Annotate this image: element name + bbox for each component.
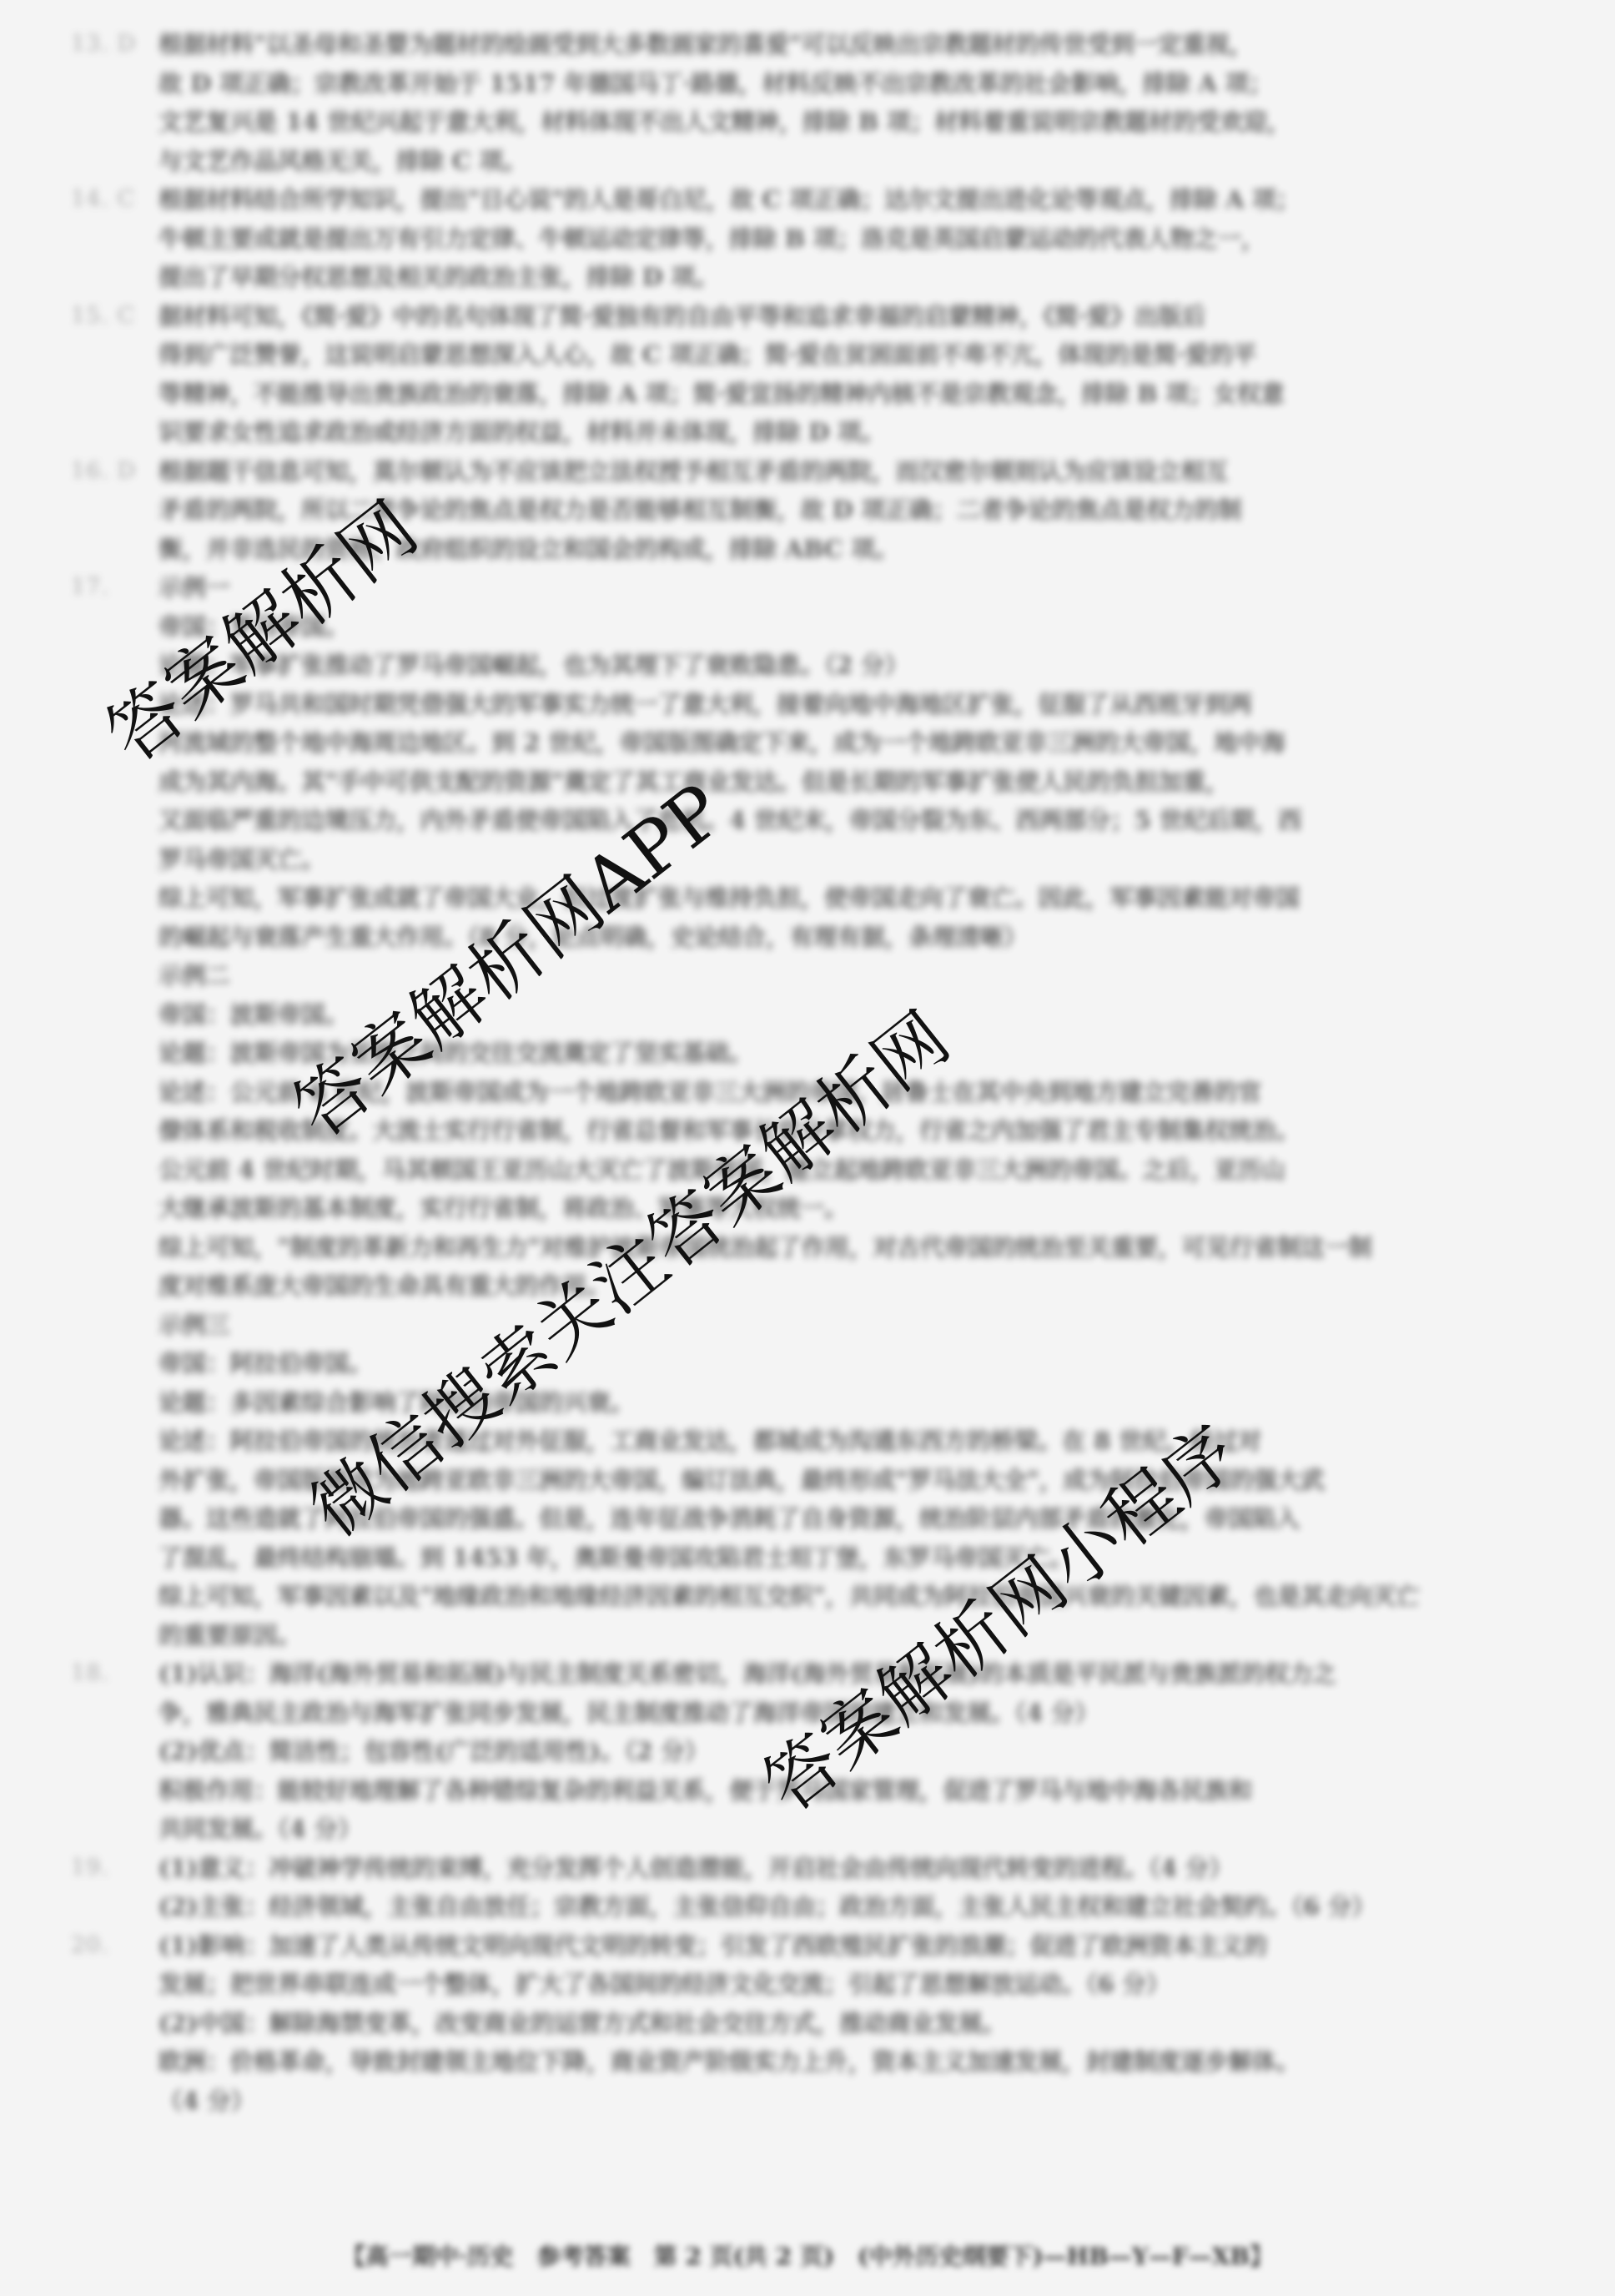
question-number: 18. xyxy=(71,1654,158,1694)
answer-line: 了混乱，最终结构崩塌。到 1453 年，奥斯曼帝国攻陷君士坦丁堡，东罗马帝国灭亡… xyxy=(71,1538,1552,1578)
answer-key-page: 13. D根据材料"以圣母和圣婴为题材的绘画受到大多数画家的喜爱"可以反映出宗教… xyxy=(0,0,1615,2296)
answer-text: 牛顿主要成就是提出万有引力定律、牛顿运动定律等，排除 B 项；洛克是英国启蒙运动… xyxy=(158,219,1552,259)
answer-text: 据材料可知，《简·爱》中的名句体现了简·爱独有的自由平等和追求幸福的启蒙精神，《… xyxy=(158,297,1552,336)
answer-text: 大继承波斯的基本制度，实行行省制，将政治、军事等大权统一。 xyxy=(158,1189,1552,1228)
answer-text: (1)意义：冲破神学传统的束缚，充分发挥个人创造潜能，开启社会由传统向现代转变的… xyxy=(158,1849,1552,1888)
question-number: 15. C xyxy=(71,297,158,336)
answer-text: 得到广泛赞誉，这说明启蒙思想深入人心，故 C 项正确；简·爱在贫困面前不卑不亢，… xyxy=(158,335,1552,375)
answer-line: 故 D 项正确；宗教改革开始于 1517 年德国马丁·路德，材料反映不出宗教改革… xyxy=(71,64,1552,103)
answer-line: 大继承波斯的基本制度，实行行省制，将政治、军事等大权统一。 xyxy=(71,1189,1552,1228)
answer-text: 与文艺作品风格无关，排除 C 项。 xyxy=(158,142,1552,181)
answer-line: 15. C据材料可知，《简·爱》中的名句体现了简·爱独有的自由平等和追求幸福的启… xyxy=(71,297,1552,336)
answer-line: 16. D根据题干信息可知，莫尔顿认为不应该把立法权授予相互矛盾的两院，而汉密尔… xyxy=(71,452,1552,491)
answer-text: 论题：多因素综合影响了阿拉伯帝国的兴衰。 xyxy=(158,1383,1552,1422)
answer-line: 度对维系庞大帝国的生命具有重大的作用。 xyxy=(71,1266,1552,1306)
answer-line: 又面临严重的边境压力，内外矛盾使帝国陷入了危机。4 世纪末，帝国分裂为东、西两部… xyxy=(71,801,1552,840)
answer-text: 河流域的整个地中海周边地区。到 2 世纪，帝国版图确定下来，成为一个地跨欧亚非三… xyxy=(158,723,1552,763)
answer-line: 河流域的整个地中海周边地区。到 2 世纪，帝国版图确定下来，成为一个地跨欧亚非三… xyxy=(71,723,1552,763)
answer-line: 欧洲：价格革命，导致封建领主地位下降，商业资产阶级实力上升，资本主义加速发展，封… xyxy=(71,2042,1552,2082)
answer-line: 罗马帝国灭亡。 xyxy=(71,840,1552,879)
question-13: 13. D根据材料"以圣母和圣婴为题材的绘画受到大多数画家的喜爱"可以反映出宗教… xyxy=(71,25,1552,180)
answer-line: 论题：波斯帝国为亚欧之间的交往交流奠定了坚实基础。 xyxy=(71,1034,1552,1073)
answer-text: （4 分） xyxy=(158,2082,1552,2121)
answer-line: 发展；把世界串联连成一个整体，扩大了各国间的经济文化交流；引起了思想解放运动。（… xyxy=(71,1965,1552,2004)
question-15: 15. C据材料可知，《简·爱》中的名句体现了简·爱独有的自由平等和追求幸福的启… xyxy=(71,297,1552,452)
answer-text: 根据题干信息可知，莫尔顿认为不应该把立法权授予相互矛盾的两院，而汉密尔顿则认为应… xyxy=(158,452,1552,491)
answer-text: 识要求女性追求政治或经济方面的权益，材料并未体现，排除 D 项。 xyxy=(158,413,1552,452)
answer-line: 帝国：阿拉伯帝国。 xyxy=(71,1344,1552,1383)
answer-line: 20.(1)影响：加速了人类从传统文明向现代文明的转变；引发了西欧殖民扩张的浪潮… xyxy=(71,1926,1552,1966)
answer-text: 的重要原因。 xyxy=(158,1616,1552,1655)
question-16: 16. D根据题干信息可知，莫尔顿认为不应该把立法权授予相互矛盾的两院，而汉密尔… xyxy=(71,452,1552,569)
answer-text: 根据材料"以圣母和圣婴为题材的绘画受到大多数画家的喜爱"可以反映出宗教题材的传世… xyxy=(158,25,1552,64)
answer-line: 论述：阿拉伯帝国的统治者通过对外征服，工商业发达，都城成为沟通东西方的桥梁。在 … xyxy=(71,1422,1552,1461)
answer-line: 等精神，不能推导出贵族政治的衰落，排除 A 项；简·爱宣扬的精神内核不是宗教观念… xyxy=(71,375,1552,414)
answer-text: 等精神，不能推导出贵族政治的衰落，排除 A 项；简·爱宣扬的精神内核不是宗教观念… xyxy=(158,375,1552,414)
answer-text: 综上可知，军事扩张成就了帝国大业，但过度扩张与维持负担，使帝国走向了衰亡。因此，… xyxy=(158,879,1552,918)
answer-line: 综上可知，军事扩张成就了帝国大业，但过度扩张与维持负担，使帝国走向了衰亡。因此，… xyxy=(71,879,1552,918)
answer-text: (2)主张：经济领域，主张自由放任；宗教方面，主张信仰自由；政治方面，主张人民主… xyxy=(158,1887,1552,1926)
question-number: 14. C xyxy=(71,180,158,219)
answer-line: 14. C根据材料结合所学知识，提出"日心说"的人是哥白尼，故 C 项正确；达尔… xyxy=(71,180,1552,219)
answer-text: 提出了早期分权思想及相关的政治主张，排除 D 项。 xyxy=(158,258,1552,297)
question-number: 20. xyxy=(71,1926,158,1966)
answer-text: 论述：罗马共和国时期凭借强大的军事实力统一了意大利，接着向地中海地区扩张，征服了… xyxy=(158,685,1552,724)
answer-text: 发展；把世界串联连成一个整体，扩大了各国间的经济文化交流；引起了思想解放运动。（… xyxy=(158,1965,1552,2004)
answer-text: 帝国：阿拉伯帝国。 xyxy=(158,1344,1552,1383)
answer-text: (2)中国：解除海禁变革，改变商业的运营方式和社会交往方式，推动商业发展。 xyxy=(158,2004,1552,2043)
answer-text: 综上可知，"制度的革新力和再生力"对维护波斯帝国统治起了作用，对古代帝国的统治至… xyxy=(158,1228,1552,1267)
answer-line: 识要求女性追求政治或经济方面的权益，材料并未体现，排除 D 项。 xyxy=(71,413,1552,452)
answer-line: 得到广泛赞誉，这说明启蒙思想深入人心，故 C 项正确；简·爱在贫困面前不卑不亢，… xyxy=(71,335,1552,375)
answer-line: (2)主张：经济领域，主张自由放任；宗教方面，主张信仰自由；政治方面，主张人民主… xyxy=(71,1887,1552,1926)
page-footer: 【高一期中·历史 参考答案 第 2 页(共 2 页)(中外历史纲要下)—HB—Y… xyxy=(0,2238,1615,2276)
answer-line: 示例二 xyxy=(71,956,1552,995)
answer-text: 故 D 项正确；宗教改革开始于 1517 年德国马丁·路德，材料反映不出宗教改革… xyxy=(158,64,1552,103)
answer-line: 文艺复兴是 14 世纪兴起于意大利，材料体现不出人文精神，排除 B 项；材料着重… xyxy=(71,103,1552,142)
answer-line: 的重要原因。 xyxy=(71,1616,1552,1655)
answer-text: 示例二 xyxy=(158,956,1552,995)
answer-text: 共同发展。（4 分） xyxy=(158,1810,1552,1849)
footer-left: 【高一期中·历史 参考答案 第 2 页(共 2 页) xyxy=(342,2243,834,2270)
answer-line: 19.(1)意义：冲破神学传统的束缚，充分发挥个人创造潜能，开启社会由传统向现代… xyxy=(71,1849,1552,1888)
answer-line: 牛顿主要成就是提出万有引力定律、牛顿运动定律等，排除 B 项；洛克是英国启蒙运动… xyxy=(71,219,1552,259)
question-19: 19.(1)意义：冲破神学传统的束缚，充分发挥个人创造潜能，开启社会由传统向现代… xyxy=(71,1849,1552,1926)
answer-line: 的崛起与衰落产生重大作用。（8 分，论点明确，史论结合，有理有据，条理清晰） xyxy=(71,918,1552,957)
answer-line: （4 分） xyxy=(71,2082,1552,2121)
question-number: 19. xyxy=(71,1849,158,1888)
answer-line: 矛盾的两院，所以二者争论的焦点是权力是否能够相互制衡，故 D 项正确；二者争论的… xyxy=(71,491,1552,530)
answer-line: 论述：罗马共和国时期凭借强大的军事实力统一了意大利，接着向地中海地区扩张，征服了… xyxy=(71,685,1552,724)
answer-text: 度对维系庞大帝国的生命具有重大的作用。 xyxy=(158,1266,1552,1306)
answer-text: 的崛起与衰落产生重大作用。（8 分，论点明确，史论结合，有理有据，条理清晰） xyxy=(158,918,1552,957)
answer-line: 器。这些造就了阿拉伯帝国的强盛。但是，连年征战争消耗了自身资源，统治阶层内部矛盾… xyxy=(71,1499,1552,1538)
question-number: 17. xyxy=(71,568,158,607)
answer-text: 公元前 4 世纪时期，马其顿国王亚历山大灭亡了波斯帝国，建立起地跨欧亚非三大洲的… xyxy=(158,1151,1552,1190)
answer-line: 综上可知，军事因素以及"地缘政治和地缘经济因素的相互交织"，共同成为阿拉伯帝国兴… xyxy=(71,1577,1552,1616)
answer-line: 综上可知，"制度的革新力和再生力"对维护波斯帝国统治起了作用，对古代帝国的统治至… xyxy=(71,1228,1552,1267)
answer-line: 13. D根据材料"以圣母和圣婴为题材的绘画受到大多数画家的喜爱"可以反映出宗教… xyxy=(71,25,1552,64)
answer-line: 帝国：波斯帝国。 xyxy=(71,995,1552,1035)
answer-text: 示例三 xyxy=(158,1306,1552,1345)
answer-line: 成为其内海。其"手中可供支配的资源"奠定了其工商业发达。但是长期的军事扩张使人民… xyxy=(71,763,1552,802)
answer-text: 又面临严重的边境压力，内外矛盾使帝国陷入了危机。4 世纪末，帝国分裂为东、西两部… xyxy=(158,801,1552,840)
answer-line: 18.(1)认识：海洋(海外贸易和拓展)与民主制度关系密切，海洋(海外贸易和拓展… xyxy=(71,1654,1552,1694)
answer-text: 帝国：罗马帝国。 xyxy=(158,607,1552,647)
answer-line: 提出了早期分权思想及相关的政治主张，排除 D 项。 xyxy=(71,258,1552,297)
question-number: 16. D xyxy=(71,452,158,491)
answer-line: 示例三 xyxy=(71,1306,1552,1345)
footer-right: (中外历史纲要下)—HB—Y—F—XB】 xyxy=(858,2243,1273,2270)
answer-line: 与文艺作品风格无关，排除 C 项。 xyxy=(71,142,1552,181)
answer-text: 了混乱，最终结构崩塌。到 1453 年，奥斯曼帝国攻陷君士坦丁堡，东罗马帝国灭亡… xyxy=(158,1538,1552,1578)
question-14: 14. C根据材料结合所学知识，提出"日心说"的人是哥白尼，故 C 项正确；达尔… xyxy=(71,180,1552,297)
answer-text: 根据材料结合所学知识，提出"日心说"的人是哥白尼，故 C 项正确；达尔文提出进化… xyxy=(158,180,1552,219)
answer-text: 成为其内海。其"手中可供支配的资源"奠定了其工商业发达。但是长期的军事扩张使人民… xyxy=(158,763,1552,802)
answer-text: 综上可知，军事因素以及"地缘政治和地缘经济因素的相互交织"，共同成为阿拉伯帝国兴… xyxy=(158,1577,1552,1616)
answer-line: (2)中国：解除海禁变革，改变商业的运营方式和社会交往方式，推动商业发展。 xyxy=(71,2004,1552,2043)
answer-text: 欧洲：价格革命，导致封建领主地位下降，商业资产阶级实力上升，资本主义加速发展，封… xyxy=(158,2042,1552,2082)
question-20: 20.(1)影响：加速了人类从传统文明向现代文明的转变；引发了西欧殖民扩张的浪潮… xyxy=(71,1926,1552,2121)
answer-line: 论题：多因素综合影响了阿拉伯帝国的兴衰。 xyxy=(71,1383,1552,1422)
answer-text: 文艺复兴是 14 世纪兴起于意大利，材料体现不出人文精神，排除 B 项；材料着重… xyxy=(158,103,1552,142)
answer-text: 论题：军事扩张推动了罗马帝国崛起，也为其埋下了衰败隐患。（2 分） xyxy=(158,646,1552,685)
answer-text: (1)影响：加速了人类从传统文明向现代文明的转变；引发了西欧殖民扩张的浪潮；促进… xyxy=(158,1926,1552,1966)
answer-text: 罗马帝国灭亡。 xyxy=(158,840,1552,879)
answer-line: 外扩张，帝国版图成为地跨亚欧非三洲的大帝国，编订法典，最终形成"罗马法大全"，成… xyxy=(71,1461,1552,1500)
question-number: 13. D xyxy=(71,25,158,64)
